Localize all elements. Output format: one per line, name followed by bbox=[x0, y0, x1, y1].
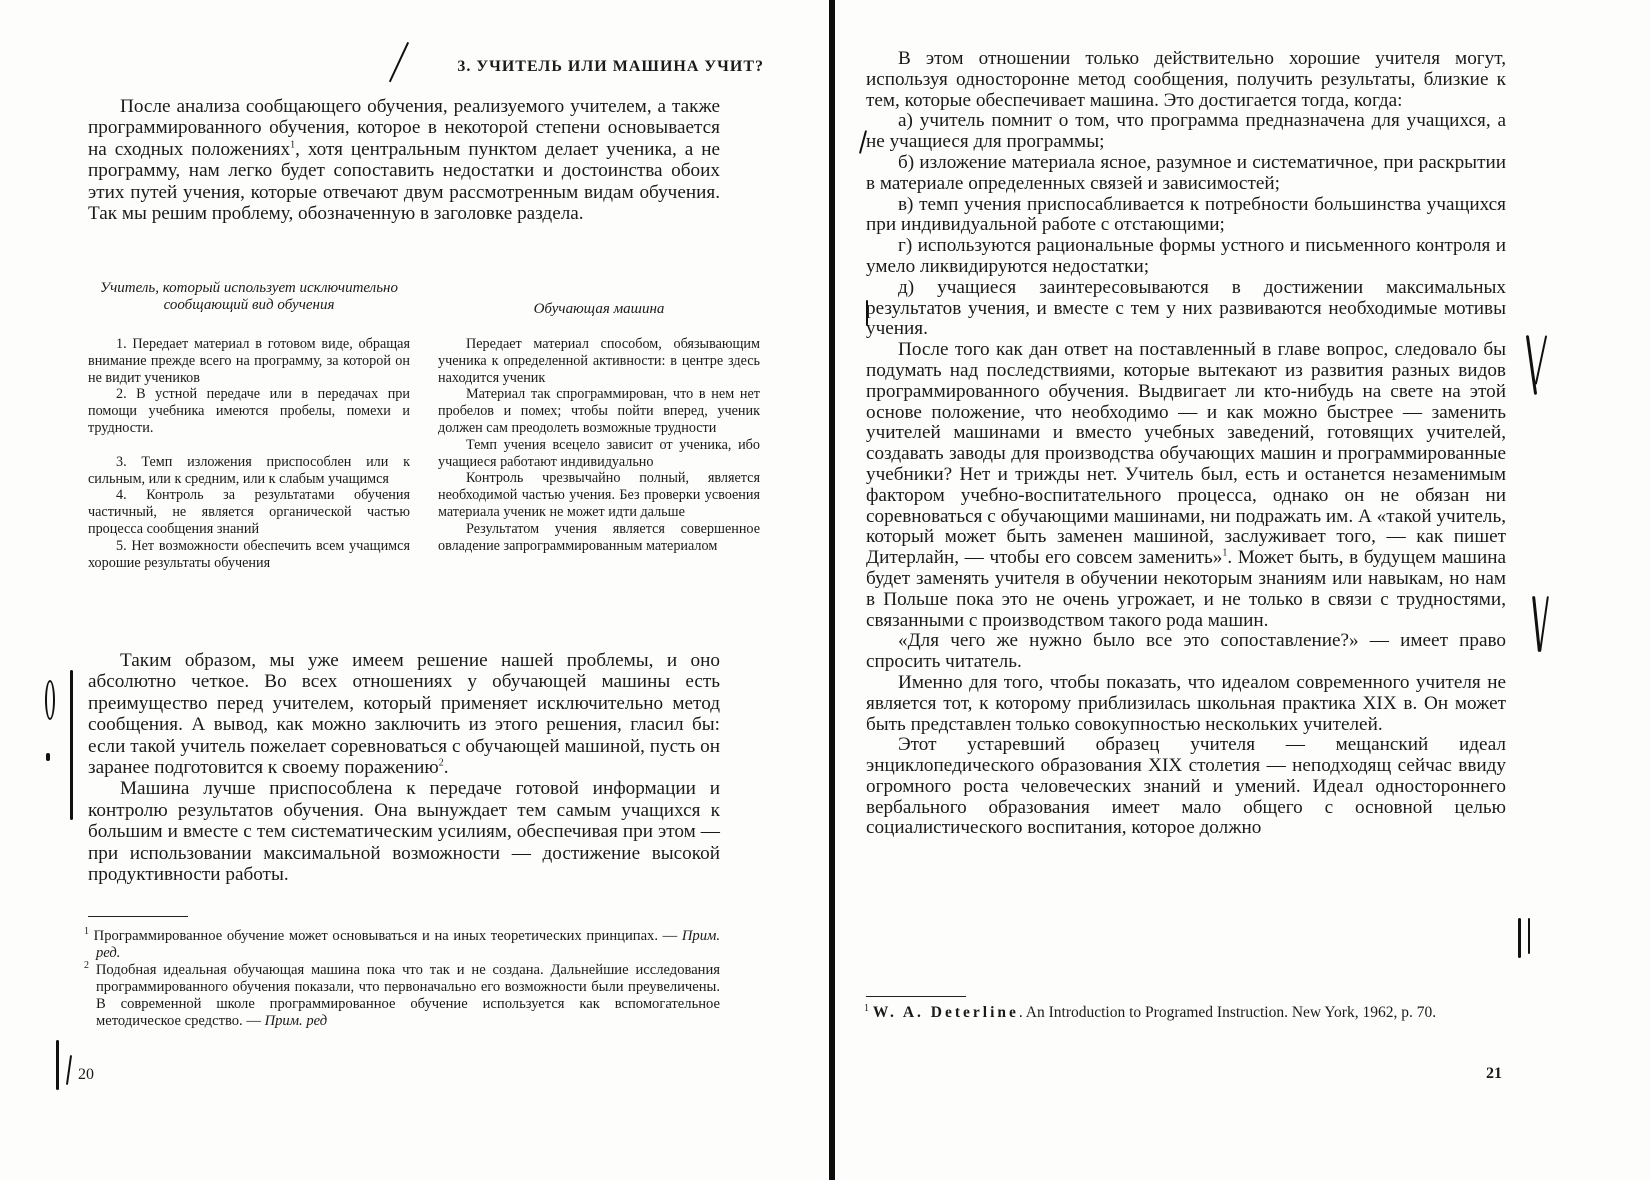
right-page: В этом отношении только действительно хо… bbox=[838, 0, 1651, 1180]
footnote-1: 1 W. A. Deterline. An Introduction to Pr… bbox=[864, 1004, 1504, 1021]
conclusion-text: Таким образом, мы уже имеем решение наше… bbox=[88, 650, 720, 885]
teacher-item-4: 4. Контроль за результатами обучения час… bbox=[88, 487, 410, 537]
condition-b: б) изложение материала ясное, разумное и… bbox=[866, 153, 1506, 195]
teacher-column-header: Учитель, который использует исключительн… bbox=[88, 270, 410, 324]
page-number: 21 bbox=[1486, 1065, 1502, 1083]
pencil-margin-line bbox=[56, 1040, 59, 1090]
pencil-margin-line bbox=[70, 670, 73, 820]
footnotes: 1 Программированное обучение может основ… bbox=[84, 928, 720, 1030]
pencil-margin-line bbox=[1526, 335, 1537, 395]
book-spine bbox=[829, 0, 835, 1180]
condition-a: а) учитель помнит о том, что программа п… bbox=[866, 111, 1506, 153]
machine-item-3: Темп учения всецело зависит от ученика, … bbox=[438, 437, 760, 471]
ideal-paragraph: Именно для того, чтобы показать, что иде… bbox=[866, 673, 1506, 735]
footnote-2: 2 Подобная идеальная обучающая машина по… bbox=[84, 962, 720, 1030]
intro-paragraph: В этом отношении только действительно хо… bbox=[866, 49, 1506, 111]
pencil-question-mark bbox=[45, 680, 55, 720]
teacher-column: Учитель, который использует исключительн… bbox=[88, 270, 410, 571]
pencil-margin-line bbox=[1518, 918, 1521, 958]
consequences-paragraph: После того как дан ответ на поставленный… bbox=[866, 339, 1506, 568]
machine-column: Обучающая машина Передает материал спосо… bbox=[438, 270, 760, 571]
machine-item-4: Контроль чрезвычайно полный, является не… bbox=[438, 470, 760, 520]
machine-item-2: Материал так спрограммирован, что в нем … bbox=[438, 386, 760, 436]
machine-item-5: Результатом учения является совершенное … bbox=[438, 521, 760, 555]
footnotes: 1 W. A. Deterline. An Introduction to Pr… bbox=[864, 1004, 1504, 1021]
section-heading: 3. УЧИТЕЛЬ ИЛИ МАШИНА УЧИТ? bbox=[404, 58, 764, 76]
conclusion-paragraph-2: Машина лучше приспособлена к передаче го… bbox=[88, 778, 720, 885]
machine-column-header: Обучающая машина bbox=[438, 270, 760, 324]
teacher-item-1: 1. Передает материал в готовом виде, обр… bbox=[88, 336, 410, 386]
outdated-paragraph: Этот устаревший образец учителя — мещанс… bbox=[866, 735, 1506, 839]
right-body: В этом отношении только действительно хо… bbox=[866, 49, 1506, 839]
conclusion-paragraph-1: Таким образом, мы уже имеем решение наше… bbox=[88, 650, 720, 778]
page-number: 20 bbox=[78, 1066, 94, 1084]
question-paragraph: «Для чего же нужно было все это сопостав… bbox=[866, 631, 1506, 673]
condition-d: г) используются рациональные формы устно… bbox=[866, 236, 1506, 278]
pencil-margin-line bbox=[1539, 596, 1549, 652]
teacher-item-3: 3. Темп изложения приспособлен или к сил… bbox=[88, 454, 410, 488]
pencil-dot bbox=[46, 753, 50, 761]
footnote-1: 1 Программированное обучение может основ… bbox=[84, 928, 720, 962]
pencil-margin-line bbox=[1535, 335, 1547, 384]
left-page: 3. УЧИТЕЛЬ ИЛИ МАШИНА УЧИТ? После анализ… bbox=[0, 0, 826, 1180]
pencil-bracket bbox=[866, 300, 868, 326]
machine-item-1: Передает материал способом, обязывающим … bbox=[438, 336, 760, 386]
comparison-table: Учитель, который использует исключительн… bbox=[88, 270, 760, 571]
footnote-divider bbox=[88, 916, 188, 917]
teacher-item-5: 5. Нет возможности обеспечить всем учащи… bbox=[88, 538, 410, 572]
pencil-margin-line bbox=[66, 1055, 72, 1085]
intro-paragraph: После анализа сообщающего обучения, реал… bbox=[88, 96, 720, 224]
condition-c: в) темп учения приспосабливается к потре… bbox=[866, 195, 1506, 237]
book-spread: 3. УЧИТЕЛЬ ИЛИ МАШИНА УЧИТ? После анализ… bbox=[0, 0, 1651, 1180]
condition-e: д) учащиеся заинтересовываются в достиже… bbox=[866, 278, 1506, 340]
footnote-divider bbox=[866, 996, 966, 997]
footnote-ref[interactable]: 2 bbox=[439, 758, 444, 769]
pencil-margin-line bbox=[1528, 918, 1530, 954]
teacher-item-2: 2. В устной передаче или в передачах при… bbox=[88, 386, 410, 436]
